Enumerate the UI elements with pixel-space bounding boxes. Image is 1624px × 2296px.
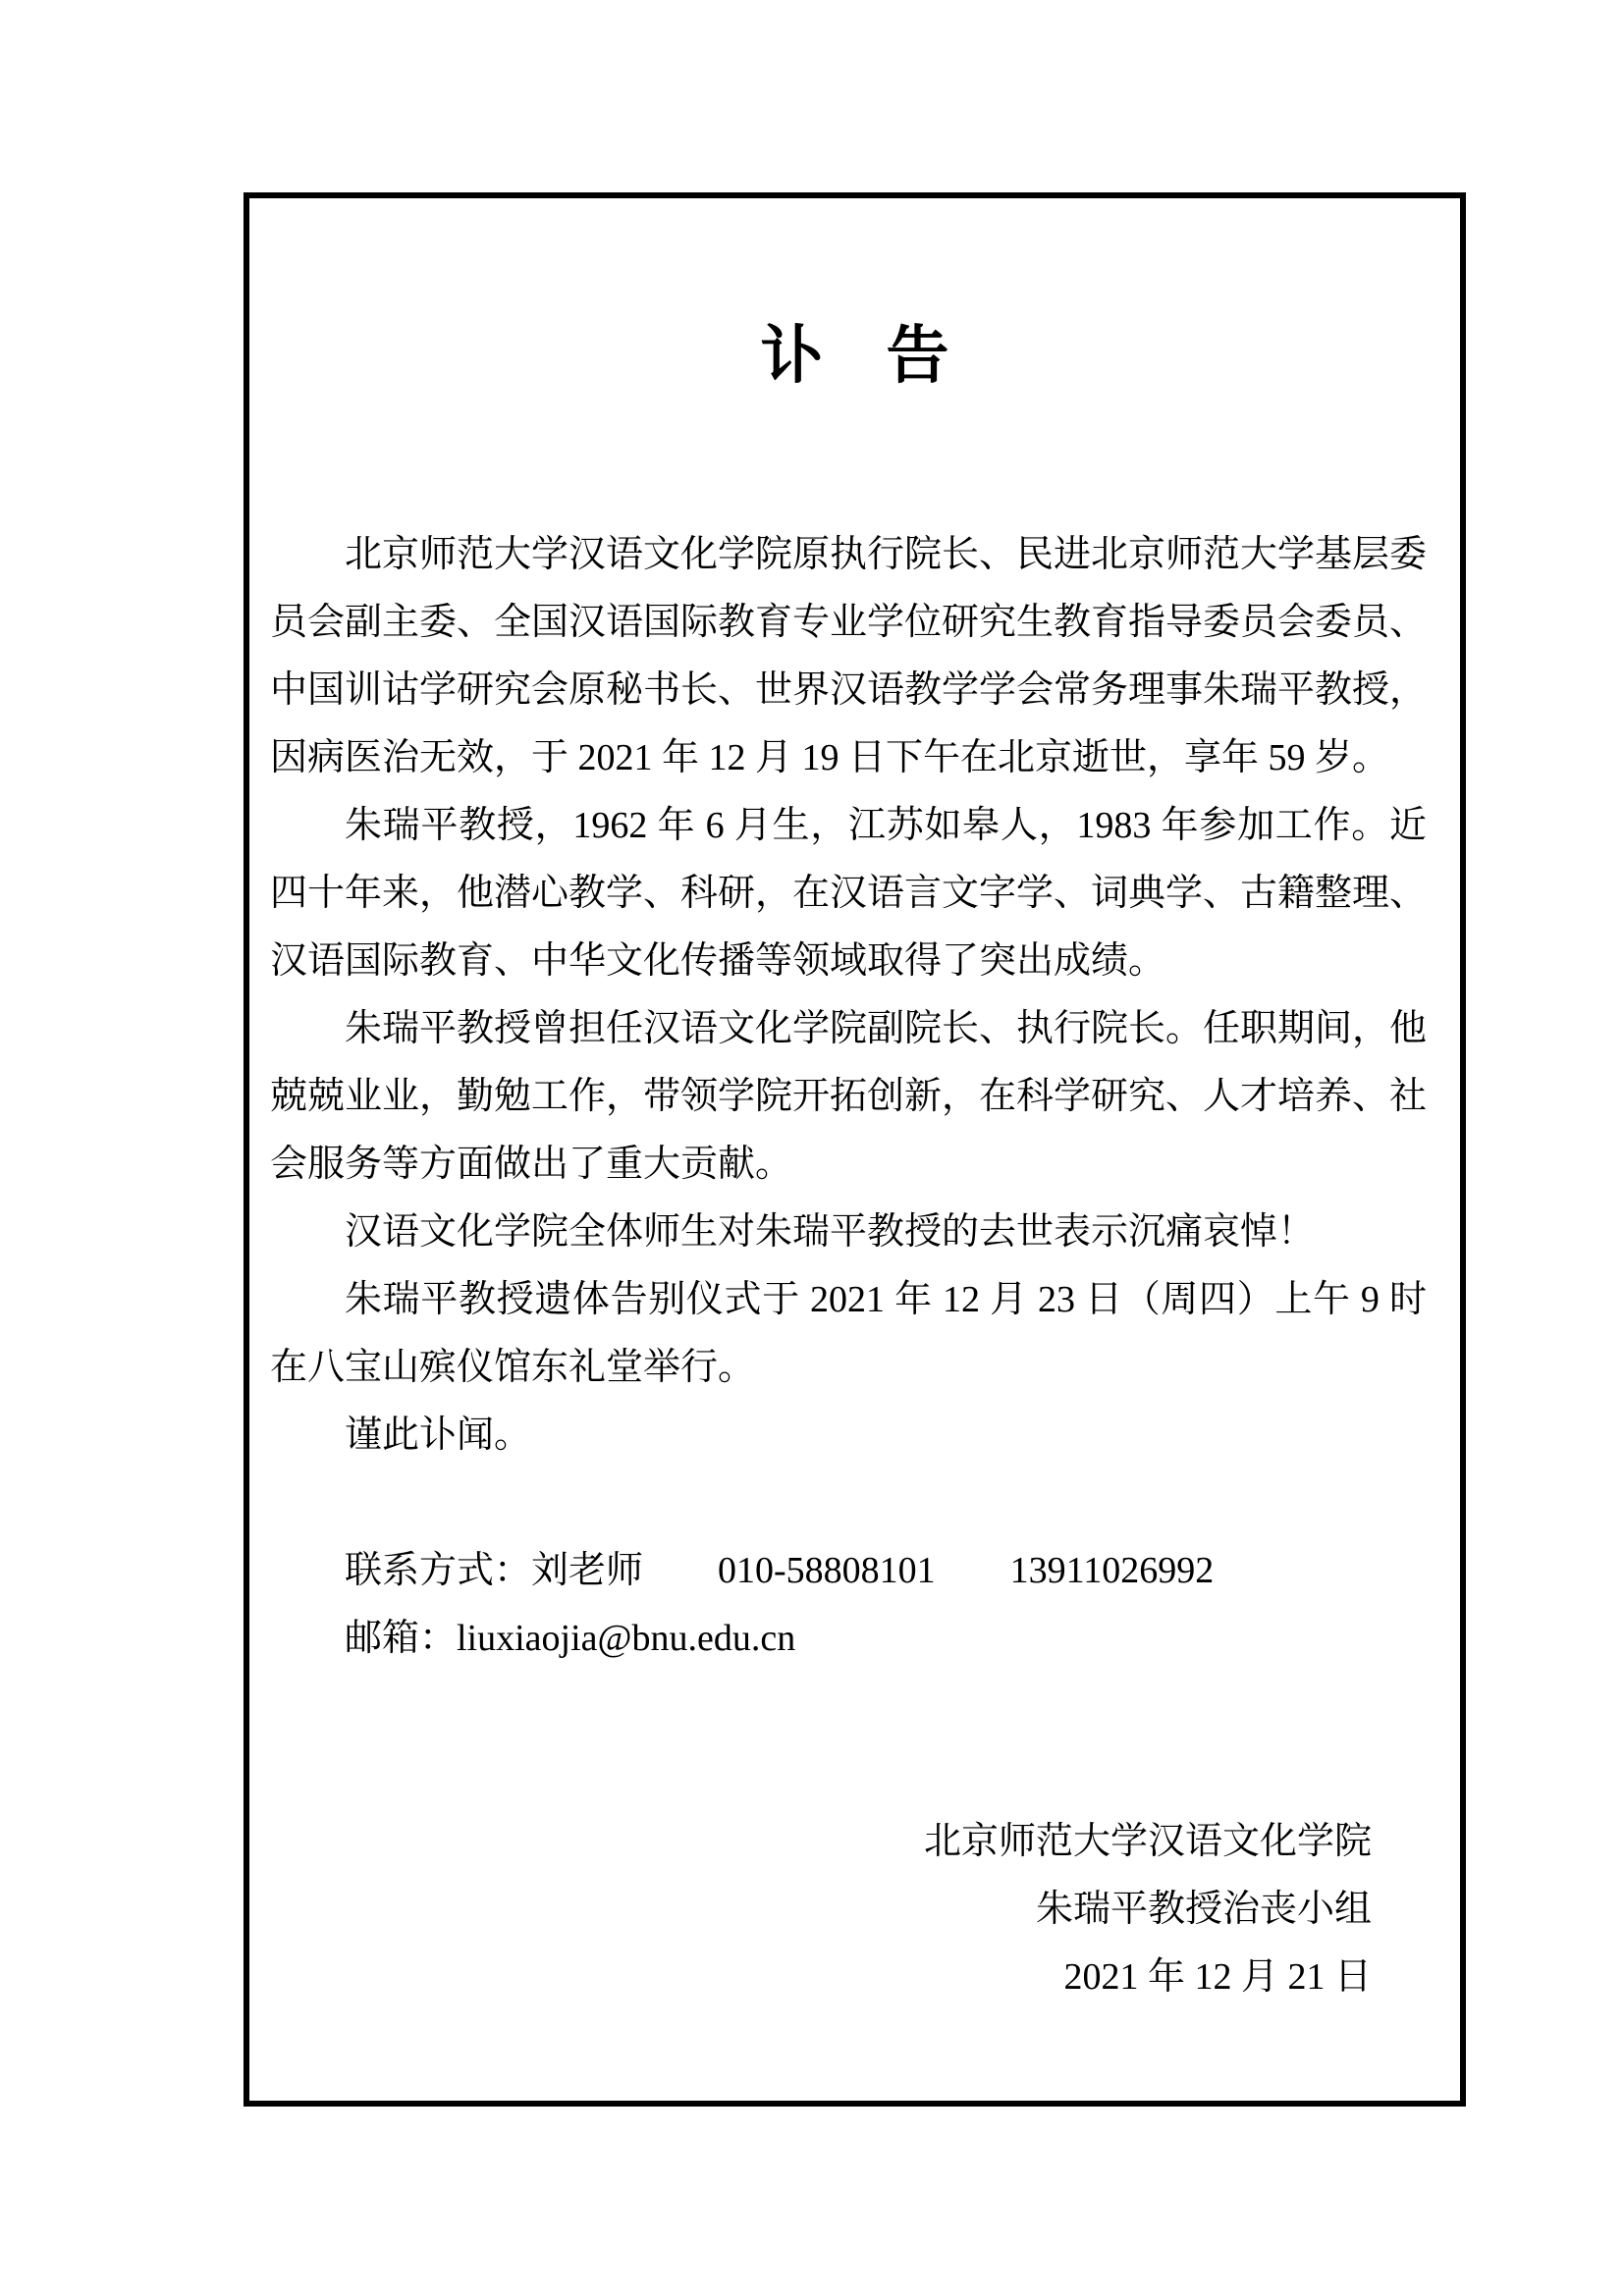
signature-block: 北京师范大学汉语文化学院 朱瑞平教授治丧小组 2021 年 12 月 21 日: [270, 1808, 1427, 2011]
notice-body: 北京师范大学汉语文化学院原执行院长、民进北京师范大学基层委员会副主委、全国汉语国…: [270, 521, 1427, 2011]
signature-committee: 朱瑞平教授治丧小组: [270, 1876, 1372, 1944]
scanned-page: { "colors": { "ink": "#000000", "paper":…: [0, 0, 1624, 2296]
notice-paragraph-5: 朱瑞平教授遗体告别仪式于 2021 年 12 月 23 日（周四）上午 9 时在…: [270, 1266, 1427, 1402]
contact-line-phone: 联系方式：刘老师 010-58808101 13911026992: [270, 1537, 1427, 1605]
notice-paragraph-2: 朱瑞平教授，1962 年 6 月生，江苏如皋人，1983 年参加工作。近四十年来…: [270, 792, 1427, 995]
notice-paragraph-1: 北京师范大学汉语文化学院原执行院长、民进北京师范大学基层委员会副主委、全国汉语国…: [270, 521, 1427, 792]
notice-paragraph-6: 谨此讣闻。: [270, 1402, 1427, 1469]
contact-line-email: 邮箱：liuxiaojia@bnu.edu.cn: [270, 1605, 1427, 1673]
signature-organization: 北京师范大学汉语文化学院: [270, 1808, 1372, 1876]
notice-border-frame: 讣 告 北京师范大学汉语文化学院原执行院长、民进北京师范大学基层委员会副主委、全…: [244, 192, 1466, 2107]
notice-paragraph-3: 朱瑞平教授曾担任汉语文化学院副院长、执行院长。任职期间，他兢兢业业，勤勉工作，带…: [270, 995, 1427, 1199]
notice-paragraph-4: 汉语文化学院全体师生对朱瑞平教授的去世表示沉痛哀悼！: [270, 1199, 1427, 1266]
notice-title: 讣 告: [249, 324, 1460, 387]
signature-date: 2021 年 12 月 21 日: [270, 1944, 1372, 2011]
